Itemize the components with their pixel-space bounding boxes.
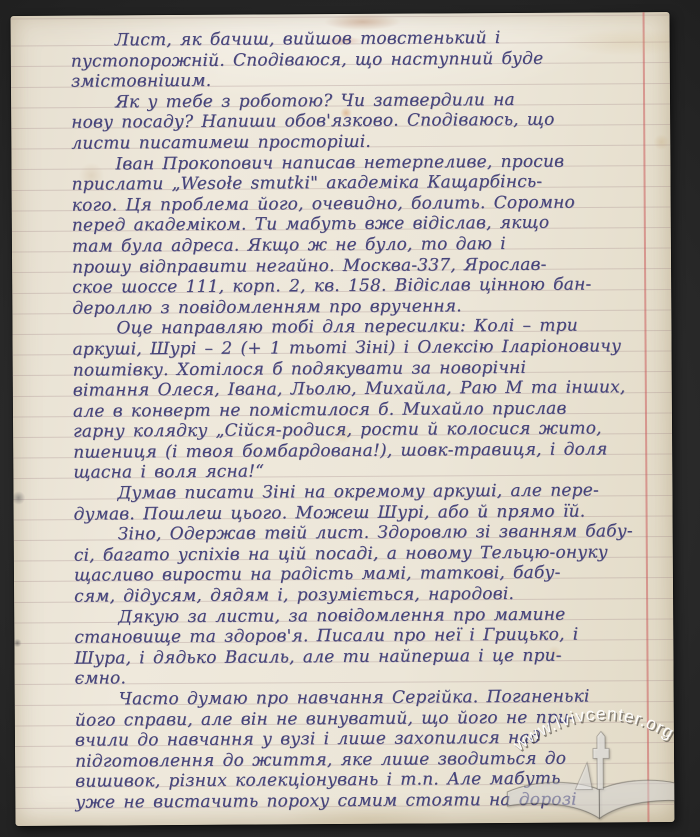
- handwriting-line: аркуші, Шурі – 2 (+ 1 тьоті Зіні) і Олек…: [73, 336, 666, 360]
- handwriting-line: пшениця (і твоя бомбардована!), шовк-тра…: [73, 439, 666, 463]
- handwriting-line: уже не вистачить пороху самим стояти на …: [75, 789, 668, 813]
- letter-page: Лист, як бачиш, вийшов товстенький іпуст…: [11, 12, 675, 826]
- scan-background: Лист, як бачиш, вийшов товстенький іпуст…: [0, 0, 700, 837]
- handwriting-line: Часто думаю про навчання Сергійка. Поган…: [75, 686, 668, 710]
- handwriting-line: становище та здоров'я. Писали про неї і …: [74, 624, 667, 648]
- handwriting-text: Лист, як бачиш, вийшов товстенький іпуст…: [71, 27, 669, 813]
- handwriting-line: сі, багато успіхів на цій посаді, а ново…: [74, 542, 667, 566]
- handwriting-line: вітання Олеся, Івана, Льолю, Михайла, Ра…: [73, 377, 666, 401]
- handwriting-line: ское шоссе 111, корп. 2, кв. 158. Відісл…: [72, 274, 665, 298]
